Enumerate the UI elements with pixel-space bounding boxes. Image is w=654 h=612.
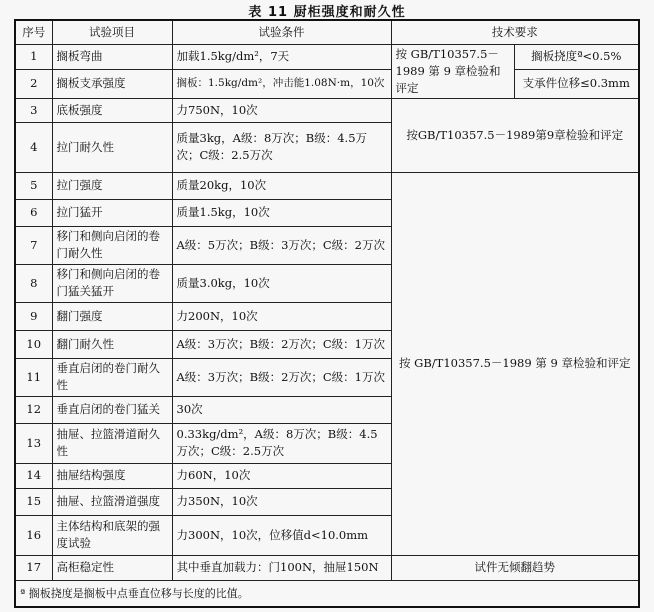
table-row: 1 搁板弯曲 加载1.5kg/dm²，7天 按 GB/T10357.5－1989… [15,44,639,70]
row-requirement: 按GB/T10357.5－1989第9章检验和评定 [391,98,639,172]
table-row: 3 底板强度 力750N，10次 按GB/T10357.5－1989第9章检验和… [15,98,639,122]
row-condition: 质量3.0kg，10次 [172,264,391,302]
row-item: 拉门耐久性 [52,122,172,172]
row-item: 抽屉结构强度 [52,463,172,488]
row-no: 16 [15,515,52,555]
row-item: 主体结构和底架的强度试验 [52,515,172,555]
row-item: 拉门猛开 [52,199,172,226]
row-item: 高柜稳定性 [52,555,172,580]
header-no: 序号 [15,20,52,44]
row-item: 搁板支承强度 [52,70,172,98]
row-condition: 0.33kg/dm²，A级：8万次；B级：4.5 万次；C级：2.5万次 [172,423,391,463]
row-condition: A级：5万次；B级：3万次；C级：2万次 [172,226,391,264]
row-no: 9 [15,302,52,330]
row-condition: 质量3kg，A级：8万次；B级：4.5万次；C级：2.5万次 [172,122,391,172]
row-item: 翻门强度 [52,302,172,330]
row-condition: 加载1.5kg/dm²，7天 [172,44,391,70]
table-title: 表 11 厨柜强度和耐久性 [0,1,654,20]
row-no: 8 [15,264,52,302]
table-row: 5 拉门强度 质量20kg，10次 按 GB/T10357.5－1989 第 9… [15,172,639,199]
row-no: 4 [15,122,52,172]
row-item: 垂直启闭的卷门耐久性 [52,358,172,396]
row-condition: 质量1.5kg，10次 [172,199,391,226]
table-row: 2 搁板支承强度 搁板：1.5kg/dm²，冲击能1.08N·m，10次 支承件… [15,70,639,98]
row-no: 5 [15,172,52,199]
footnote: ª 搁板挠度是搁板中点垂直位移与长度的比值。 [15,580,639,607]
row-condition: 30次 [172,396,391,423]
row-no: 7 [15,226,52,264]
row-no: 10 [15,330,52,358]
row-requirement: 按 GB/T10357.5－1989 第 9 章检验和评定 [391,44,514,98]
row-condition: 力60N，10次 [172,463,391,488]
row-condition: 质量20kg，10次 [172,172,391,199]
row-condition: 力750N，10次 [172,98,391,122]
row-no: 12 [15,396,52,423]
header-requirement: 技术要求 [391,20,639,44]
row-item: 搁板弯曲 [52,44,172,70]
header-condition: 试验条件 [172,20,391,44]
row-requirement: 按 GB/T10357.5－1989 第 9 章检验和评定 [391,172,639,555]
row-item: 移门和侧向启闭的卷门猛关猛开 [52,264,172,302]
row-requirement: 试件无倾翻趋势 [391,555,639,580]
row-condition: A级：3万次；B级：2万次；C级：1万次 [172,358,391,396]
row-no: 15 [15,488,52,515]
row-condition: 力300N，10次，位移值d<10.0mm [172,515,391,555]
row-no: 1 [15,44,52,70]
row-no: 11 [15,358,52,396]
row-item: 抽屉、拉篮滑道强度 [52,488,172,515]
row-item: 抽屉、拉篮滑道耐久性 [52,423,172,463]
row-condition: 力200N，10次 [172,302,391,330]
row-item: 垂直启闭的卷门猛关 [52,396,172,423]
row-item: 底板强度 [52,98,172,122]
row-condition: A级：3万次；B级：2万次；C级：1万次 [172,330,391,358]
row-item: 拉门强度 [52,172,172,199]
row-requirement-detail: 搁板挠度ª<0.5% [514,44,639,70]
row-no: 14 [15,463,52,488]
row-item: 翻门耐久性 [52,330,172,358]
row-condition: 搁板：1.5kg/dm²，冲击能1.08N·m，10次 [172,70,391,98]
header-row: 序号 试验项目 试验条件 技术要求 [15,20,639,44]
kitchen-cabinet-strength-table: 序号 试验项目 试验条件 技术要求 1 搁板弯曲 加载1.5kg/dm²，7天 … [14,19,640,608]
row-no: 17 [15,555,52,580]
row-condition: 力350N，10次 [172,488,391,515]
row-no: 3 [15,98,52,122]
row-item: 移门和侧向启闭的卷门耐久性 [52,226,172,264]
footnote-row: ª 搁板挠度是搁板中点垂直位移与长度的比值。 [15,580,639,607]
row-condition: 其中垂直加载力：门100N，抽屉150N [172,555,391,580]
row-requirement-detail: 支承件位移≤0.3mm [514,70,639,98]
row-no: 6 [15,199,52,226]
table-row: 17 高柜稳定性 其中垂直加载力：门100N，抽屉150N 试件无倾翻趋势 [15,555,639,580]
header-item: 试验项目 [52,20,172,44]
row-no: 2 [15,70,52,98]
row-no: 13 [15,423,52,463]
